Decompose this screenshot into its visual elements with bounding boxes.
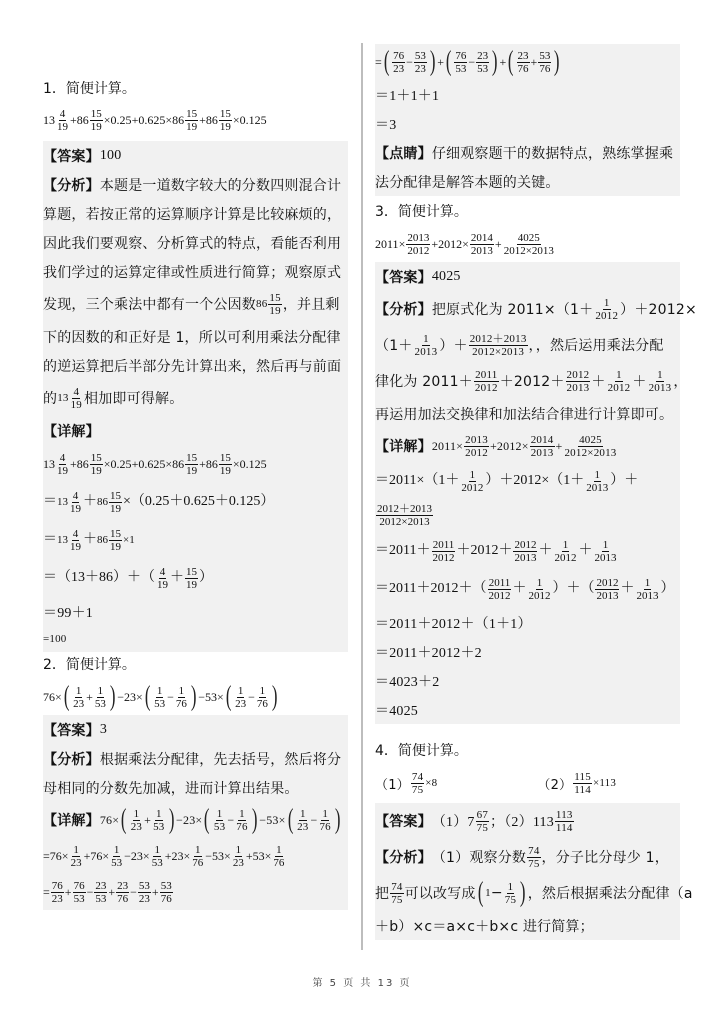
page-footer: 第 5 页 共 13 页 (0, 974, 724, 989)
parenthesis: ) (554, 48, 560, 76)
detail-step: ＝4023＋2 (375, 666, 680, 695)
numerator: 1 (194, 844, 202, 857)
numerator: 76 (454, 50, 467, 63)
fraction: 7623 (392, 50, 405, 75)
answer-row: 【答案】3 (43, 715, 348, 744)
numerator: 1 (153, 844, 161, 857)
numerator: 4 (72, 386, 80, 399)
fraction: 1519 (268, 292, 281, 317)
fraction: 153 (213, 808, 226, 833)
math-token: ＋ (170, 571, 184, 585)
math-token: 23 (183, 813, 195, 827)
analysis-line: 【分析】本题是一道数字较大的分数四则混合计 (43, 170, 348, 199)
question-1-title: 1．简便计算。 (43, 75, 349, 103)
numerator: 53 (138, 880, 151, 893)
operand: +0.625× (132, 457, 173, 471)
math-token: × (265, 849, 272, 863)
math-token: + (490, 439, 497, 453)
operator: + (199, 113, 206, 127)
denominator: 75 (411, 784, 424, 796)
denominator: 2012 (527, 590, 551, 602)
fraction: 12013 (414, 333, 439, 358)
denominator: 53 (454, 63, 467, 75)
math-token: ，分子比分母少 1， (542, 847, 669, 867)
denominator: 19 (185, 121, 198, 133)
numerator: 1 (72, 844, 80, 857)
question-4: 4．简便计算。 （1） 7475 ×8 （2） 115114 ×113 【答案】… (375, 737, 681, 940)
analysis-tag: 【分析】 (375, 299, 432, 319)
numerator: 1 (275, 844, 283, 857)
numerator: 4 (159, 566, 167, 579)
fraction: 419 (56, 108, 69, 133)
analysis-line: 我们学过的运算定律或性质进行简算；观察原式 (43, 257, 348, 286)
comment-text: 仔细观察题干的数据特点，熟练掌握乘 (432, 143, 673, 163)
fraction: 12012 (594, 297, 619, 322)
math-token: × (224, 849, 231, 863)
analysis-text: ）＋ (439, 335, 467, 355)
numerator: 53 (538, 50, 551, 63)
math-token: × (183, 849, 190, 863)
math-token: （1）观察分数 (432, 847, 526, 867)
numerator: 74 (527, 845, 540, 858)
analysis-text: 根据乘法分配律，先去括号，然后将分 (100, 749, 341, 769)
numerator: 115 (573, 771, 592, 784)
numerator: 4 (72, 490, 80, 503)
denominator: 75 (476, 822, 489, 834)
math-token: − (167, 690, 174, 704)
denominator: 2012 (406, 245, 430, 257)
parenthesis: ) (191, 683, 197, 711)
integer: 86 (97, 533, 108, 547)
numerator: 1 (594, 469, 602, 482)
denominator: 2012×2013 (471, 346, 525, 358)
denominator: 19 (185, 465, 198, 477)
fraction: 123 (72, 685, 85, 710)
fraction: 153 (110, 844, 123, 869)
numerator: 1 (259, 685, 267, 698)
numerator: 53 (160, 880, 173, 893)
fraction: 113114 (555, 809, 574, 834)
question-4-title: 4．简便计算。 (375, 737, 681, 765)
detail-row: 【详解】 (43, 416, 348, 445)
detail-step: ＝1＋1＋1 (375, 80, 680, 109)
denominator: 2013 (513, 552, 537, 564)
math-token: ＋ (83, 495, 97, 509)
parenthesis: ( (446, 48, 452, 76)
step-text: ） (199, 571, 213, 585)
fraction: 2376 (116, 880, 129, 905)
fraction: 153 (152, 808, 165, 833)
step-text: ＝（13＋86）＋（ (43, 571, 155, 585)
denominator: 2012×2013 (378, 516, 430, 528)
numerator: 15 (185, 566, 198, 579)
fraction: 20112012 (487, 577, 511, 602)
denominator: 53 (153, 698, 166, 710)
numerator: 113 (555, 809, 574, 822)
step-text: ×（0.25＋0.625＋0.125） (123, 495, 274, 509)
fraction: 176 (191, 844, 204, 869)
fraction: 1519 (185, 108, 198, 133)
analysis-tag: 【分析】 (375, 847, 432, 867)
detail-tag: 【详解】 (43, 421, 100, 441)
question-3: 3．简便计算。 2011×20132012 +2012×20142013 +40… (375, 198, 681, 724)
fraction: 20132012 (406, 232, 430, 257)
fraction: 12012 (460, 469, 484, 494)
step-text: ×1 (123, 533, 135, 547)
math-token: + (152, 885, 159, 899)
numerator: 74 (411, 771, 424, 784)
numerator: 23 (94, 880, 107, 893)
fraction: 1519 (185, 452, 198, 477)
numerator: 2011 (488, 577, 512, 590)
denominator: 19 (69, 541, 82, 553)
numerator: 15 (109, 490, 122, 503)
math-token: × (143, 849, 150, 863)
math-token: 76 (100, 813, 112, 827)
answer-value: 3 (100, 722, 107, 738)
integer: 76 (43, 690, 55, 704)
math-token: + (86, 690, 93, 704)
denominator: 23 (296, 821, 309, 833)
detail-step: = (7623−5323) + (7653−2353) + (2376+5376… (375, 44, 680, 80)
analysis-text: 发现，三个乘法中都有一个公因数 (43, 294, 256, 314)
comment-line: 【点睛】仔细观察题干的数据特点，熟练掌握乘 (375, 138, 680, 167)
denominator: 23 (232, 857, 245, 869)
fraction: 12013 (648, 369, 673, 394)
parenthesis: ( (145, 683, 151, 711)
denominator: 114 (573, 784, 592, 796)
analysis-text: 相加即可得解。 (84, 388, 183, 408)
numerator: 15 (90, 108, 103, 121)
denominator: 19 (219, 465, 232, 477)
denominator: 76 (235, 821, 248, 833)
integer: 13 (57, 392, 68, 404)
denominator: 2012 (474, 382, 499, 394)
analysis-line: 【分析】 （1）观察分数 7475 ，分子比分母少 1， (375, 839, 680, 875)
math-token: ＋ (512, 582, 526, 596)
analysis-text: 律化为 2011＋ (375, 371, 473, 391)
math-token: 2012 (438, 237, 462, 251)
parenthesis: ( (204, 806, 210, 834)
fraction: 419 (70, 386, 83, 411)
math-token: × (112, 813, 119, 827)
denominator: 23 (51, 893, 64, 905)
analysis-tag: 【分析】 (43, 175, 100, 195)
math-token: − (259, 813, 266, 827)
denominator: 75 (504, 894, 517, 906)
operand: ×0.125 (233, 113, 267, 127)
math-token: ；（2）113 (490, 811, 554, 831)
parenthesis: ) (492, 48, 498, 76)
numerator: 15 (268, 292, 281, 305)
answer-row: 【答案】4025 (375, 262, 680, 291)
math-token: + (556, 439, 563, 453)
operator: + (70, 457, 77, 471)
detail-step: ＝13 419 ＋86 1519 ×1 (43, 521, 348, 559)
math-token: − (176, 813, 183, 827)
fraction: 20142013 (470, 232, 494, 257)
integer: 86 (77, 113, 89, 127)
math-token: 53 (253, 849, 265, 863)
fraction: 1519 (219, 452, 232, 477)
fraction: 1519 (109, 528, 122, 553)
fraction: 123 (232, 844, 245, 869)
numerator: 1 (656, 369, 664, 382)
math-token: 53 (205, 690, 217, 704)
fraction: 20122013 (595, 577, 619, 602)
question-1-expression: 13 419 +86 1519 ×0.25 +0.625×86 1519 +86… (43, 103, 349, 137)
fraction: 12012 (553, 539, 577, 564)
denominator: 53 (476, 63, 489, 75)
math-token: × (217, 690, 224, 704)
fraction: 5376 (538, 50, 551, 75)
fraction: 153 (151, 844, 164, 869)
math-token: − (491, 885, 503, 901)
math-token: ＝2011×（1＋ (375, 474, 459, 488)
denominator: 2012 (487, 590, 511, 602)
fraction: 12013 (635, 577, 659, 602)
denominator: 2013 (585, 482, 609, 494)
numerator: 2011 (474, 369, 498, 382)
question-4-subproblems: （1） 7475 ×8 （2） 115114 ×113 (375, 765, 681, 801)
denominator: 19 (109, 541, 122, 553)
parenthesis: ( (121, 806, 127, 834)
fraction: 40252012×2013 (563, 434, 617, 459)
operand: +0.625× (132, 113, 173, 127)
comment-line: 法分配律是解答本题的关键。 (375, 167, 680, 196)
fraction: 20122013 (566, 369, 591, 394)
math-token: − (227, 813, 234, 827)
numerator: 2012＋2013 (469, 333, 528, 346)
detail-step: ＝4025 (375, 695, 680, 724)
numerator: 1 (155, 808, 163, 821)
analysis-line: 的 13 419 相加即可得解。 (43, 380, 348, 416)
math-token: ＋2012＋ (456, 544, 512, 558)
math-token: 把 (375, 883, 389, 903)
math-token: ＋ (83, 533, 97, 547)
fraction: 419 (69, 528, 82, 553)
detail-tag: 【详解】 (375, 436, 432, 456)
denominator: 19 (109, 503, 122, 515)
fraction: 153 (94, 685, 107, 710)
denominator: 2012 (431, 552, 455, 564)
math-token: + (144, 813, 151, 827)
analysis-line: 再运用加法交换律和加法结合律进行计算即可。 (375, 399, 680, 428)
numerator: 4 (59, 452, 67, 465)
math-token: ＝2011＋ (375, 544, 430, 558)
denominator: 53 (110, 857, 123, 869)
operand: ×0.25 (104, 457, 132, 471)
math-token: − (198, 690, 205, 704)
numerator: 1 (562, 539, 570, 552)
math-token: 53 (212, 849, 224, 863)
analysis-line: 把 7475 可以改写成 (1−175) ，然后根据乘法分配律（a (375, 875, 680, 911)
detail-expression: 76× (123+153) −23× (153−176) −53× (123−1… (100, 806, 343, 834)
fraction: 176 (235, 808, 248, 833)
math-token: + (108, 885, 115, 899)
question-2-solution: 【答案】3 【分析】根据乘法分配律，先去括号，然后将分 母相同的分数先加减，进而… (43, 715, 348, 910)
math-token: + (495, 237, 502, 251)
integer: 86 (206, 457, 218, 471)
denominator: 76 (517, 63, 530, 75)
parenthesis: ) (252, 806, 258, 834)
math-token: ）＋（ (552, 582, 594, 596)
denominator: 19 (70, 399, 83, 411)
math-token: + (65, 885, 72, 899)
analysis-line: （1＋ 12013 ）＋ 2012＋20132012×2013 ，，然后运用乘法… (375, 327, 680, 363)
math-token: + (246, 849, 253, 863)
denominator: 53 (94, 698, 107, 710)
parenthesis: ) (430, 48, 436, 76)
analysis-text: 的 (43, 388, 57, 408)
numerator: 2014 (530, 434, 555, 447)
denominator: 23 (130, 821, 143, 833)
math-token: − (130, 885, 137, 899)
fraction: 6775 (476, 809, 489, 834)
comment-tag: 【点睛】 (375, 143, 432, 163)
analysis-line: 母相同的分数先加减，进而计算出结果。 (43, 773, 348, 802)
numerator: 1 (422, 333, 430, 346)
math-token: × (399, 237, 406, 251)
denominator: 76 (116, 893, 129, 905)
fraction: 1519 (185, 566, 198, 591)
detail-step: ＝2011＋2012＋（1＋1） (375, 608, 680, 637)
denominator: 23 (70, 857, 83, 869)
numerator: 67 (476, 809, 489, 822)
integer: 13 (43, 457, 55, 471)
fraction: 12013 (593, 539, 617, 564)
denominator: 75 (390, 894, 403, 906)
math-token: 53 (266, 813, 278, 827)
math-token: ×8 (425, 777, 437, 789)
question-1-solution: 【答案】100 【分析】本题是一道数字较大的分数四则混合计 算题，若按正常的运算… (43, 141, 348, 652)
fraction: 176 (256, 685, 269, 710)
fraction: 1519 (90, 452, 103, 477)
denominator: 19 (185, 579, 198, 591)
numerator: 1 (469, 469, 477, 482)
analysis-line: 的逆运算把后半部分先计算出来，然后再与前面 (43, 351, 348, 380)
fraction: 2376 (517, 50, 530, 75)
denominator: 53 (73, 893, 86, 905)
denominator: 114 (555, 822, 574, 834)
analysis-line: 律化为 2011＋ 20112012 ＋2012＋ 20122013 ＋ 120… (375, 363, 680, 399)
numerator: 53 (414, 50, 427, 63)
math-token: − (248, 690, 255, 704)
denominator: 2012×2013 (563, 447, 617, 459)
math-token: ，然后根据乘法分配律（a (528, 883, 693, 903)
numerator: 23 (476, 50, 489, 63)
answer-tag: 【答案】 (375, 267, 432, 287)
fraction: 5323 (138, 880, 151, 905)
integer: 86 (77, 457, 89, 471)
denominator: 2013 (635, 590, 659, 602)
denominator: 2012×2013 (503, 245, 555, 257)
math-token: × (279, 813, 286, 827)
numerator: 2014 (470, 232, 494, 245)
parenthesis: ( (287, 806, 293, 834)
denominator: 76 (538, 63, 551, 75)
fraction: 7653 (454, 50, 467, 75)
math-token: 2011×20132012 +2012×20142013 +40252012×2… (432, 434, 619, 459)
denominator: 53 (151, 857, 164, 869)
numerator: 23 (116, 880, 129, 893)
fraction: 20122013 (513, 539, 537, 564)
fraction: 2012＋20132012×2013 (469, 333, 528, 358)
fraction: 12013 (585, 469, 609, 494)
denominator: 76 (191, 857, 204, 869)
answer-value: 4025 (432, 269, 461, 285)
subproblem-label: （1） (375, 774, 410, 793)
detail-step: 13 419 +86 1519 ×0.25 +0.625×86 1519 +86… (43, 445, 348, 483)
numerator: 76 (73, 880, 86, 893)
question-3-title: 3．简便计算。 (375, 198, 681, 226)
fraction: 419 (156, 566, 169, 591)
numerator: 1 (235, 844, 243, 857)
numerator: 1 (97, 685, 105, 698)
fraction: 175 (504, 881, 517, 906)
denominator: 19 (56, 465, 69, 477)
parenthesis: ) (272, 683, 278, 711)
operator: + (199, 457, 206, 471)
analysis-tag: 【分析】 (43, 749, 100, 769)
math-token: − (311, 813, 318, 827)
denominator: 19 (56, 121, 69, 133)
fraction: 176 (175, 685, 188, 710)
parenthesis: ( (64, 683, 70, 711)
fraction: 123 (296, 808, 309, 833)
question-2-expression: 76× (123+153) −23× (153−176) −53× (123−1… (43, 679, 349, 715)
math-token: − (117, 690, 124, 704)
math-token: 2012 (497, 439, 522, 453)
denominator: 76 (160, 893, 173, 905)
numerator: 1 (507, 881, 515, 894)
fraction: 1519 (90, 108, 103, 133)
numerator: 1 (133, 808, 141, 821)
integer: 86 (172, 457, 184, 471)
math-token: ＝2011＋2012＋（ (375, 582, 486, 596)
math-token: ） (660, 582, 674, 596)
math-token: 76 (90, 849, 102, 863)
analysis-text: 本题是一道数字较大的分数四则混合计 (100, 175, 341, 195)
numerator: 2013 (464, 434, 489, 447)
detail-step: ＝3 (375, 109, 680, 138)
math-token: + (499, 55, 506, 69)
detail-step: ＝（13＋86）＋（ 419 ＋ 1519 ） (43, 559, 348, 597)
fraction: 5376 (160, 880, 173, 905)
fraction: 40252012×2013 (503, 232, 555, 257)
denominator: 53 (213, 821, 226, 833)
parenthesis: ( (226, 683, 232, 711)
detail-step: ＝2011＋2012＋（ 20112012 ＋ 12012 ）＋（ 201220… (375, 570, 680, 608)
operator: × (55, 690, 62, 704)
detail-step: ＝13 419 ＋86 1519 ×（0.25＋0.625＋0.125） (43, 483, 348, 521)
math-token: ＋ (578, 544, 592, 558)
math-token: = (375, 55, 382, 69)
numerator: 15 (185, 108, 198, 121)
math-token: = (43, 885, 50, 899)
fraction: 123 (130, 808, 143, 833)
denominator: 19 (156, 579, 169, 591)
numerator: 1 (603, 297, 611, 310)
math-token: ＋ (632, 371, 646, 391)
denominator: 2012 (607, 382, 632, 394)
math-token: × (136, 690, 143, 704)
numerator: 1 (75, 685, 83, 698)
denominator: 23 (138, 893, 151, 905)
math-token: − (124, 849, 131, 863)
denominator: 23 (234, 698, 247, 710)
detail-step: ＝2011×（1＋ 12012 ）＋2012×（1＋ 12013 ）＋ (375, 464, 680, 498)
